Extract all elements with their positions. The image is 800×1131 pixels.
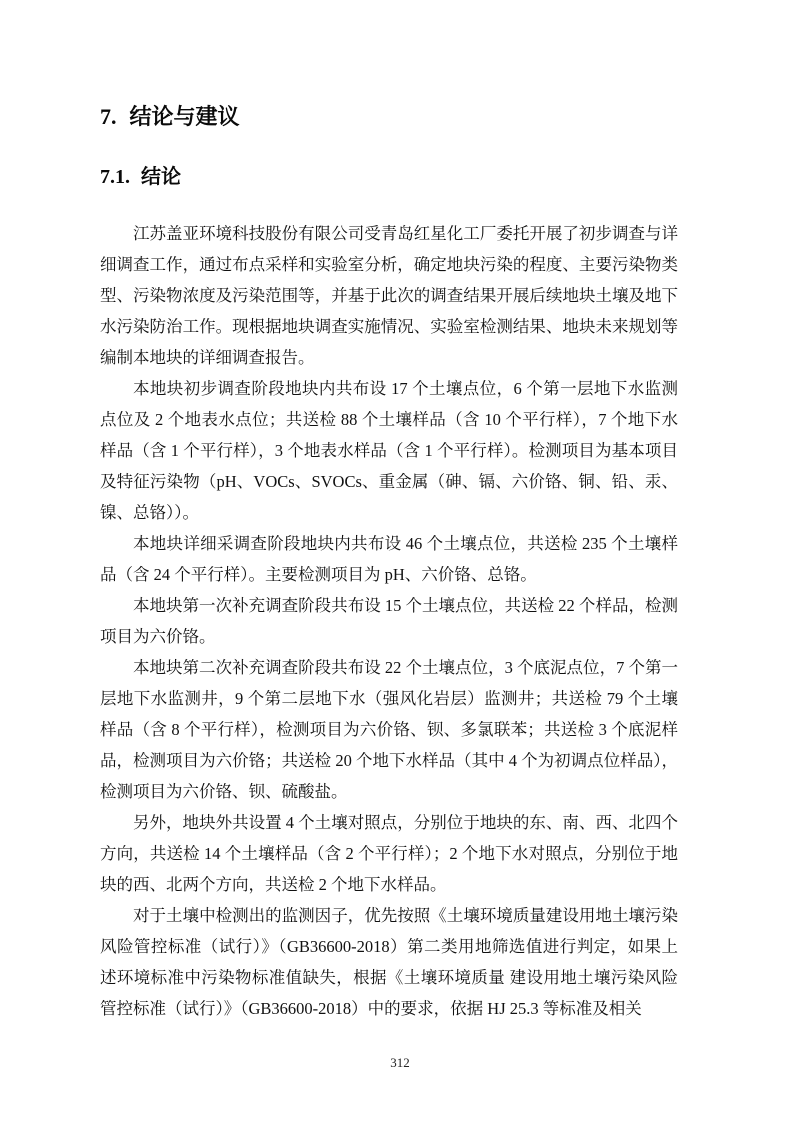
page-content: 7.结论与建议 7.1.结论 江苏盖亚环境科技股份有限公司受青岛红星化工厂委托开…	[0, 0, 800, 1024]
document-page: 7.结论与建议 7.1.结论 江苏盖亚环境科技股份有限公司受青岛红星化工厂委托开…	[0, 0, 800, 1131]
body-paragraph: 另外，地块外共设置 4 个土壤对照点，分别位于地块的东、南、西、北四个方向，共送…	[100, 807, 678, 900]
body-paragraph: 本地块第二次补充调查阶段共布设 22 个土壤点位，3 个底泥点位，7 个第一层地…	[100, 652, 678, 807]
page-footer: 312	[0, 1055, 800, 1071]
section-number: 7.	[100, 104, 117, 129]
section-heading: 7.结论与建议	[100, 103, 678, 131]
subsection-title: 结论	[141, 166, 181, 188]
body-paragraph: 本地块详细采调查阶段地块内共布设 46 个土壤点位，共送检 235 个土壤样品（…	[100, 528, 678, 590]
body-paragraph: 对于土壤中检测出的监测因子，优先按照《土壤环境质量建设用地土壤污染风险管控标准（…	[100, 900, 678, 1024]
section-title: 结论与建议	[130, 104, 240, 129]
body-paragraph: 本地块第一次补充调查阶段共布设 15 个土壤点位，共送检 22 个样品，检测项目…	[100, 590, 678, 652]
body-paragraph: 本地块初步调查阶段地块内共布设 17 个土壤点位，6 个第一层地下水监测点位及 …	[100, 373, 678, 528]
page-number: 312	[390, 1055, 410, 1070]
body-text: 江苏盖亚环境科技股份有限公司受青岛红星化工厂委托开展了初步调查与详细调查工作，通…	[100, 218, 678, 1024]
subsection-number: 7.1.	[100, 166, 130, 188]
subsection-heading: 7.1.结论	[100, 165, 678, 190]
body-paragraph: 江苏盖亚环境科技股份有限公司受青岛红星化工厂委托开展了初步调查与详细调查工作，通…	[100, 218, 678, 373]
